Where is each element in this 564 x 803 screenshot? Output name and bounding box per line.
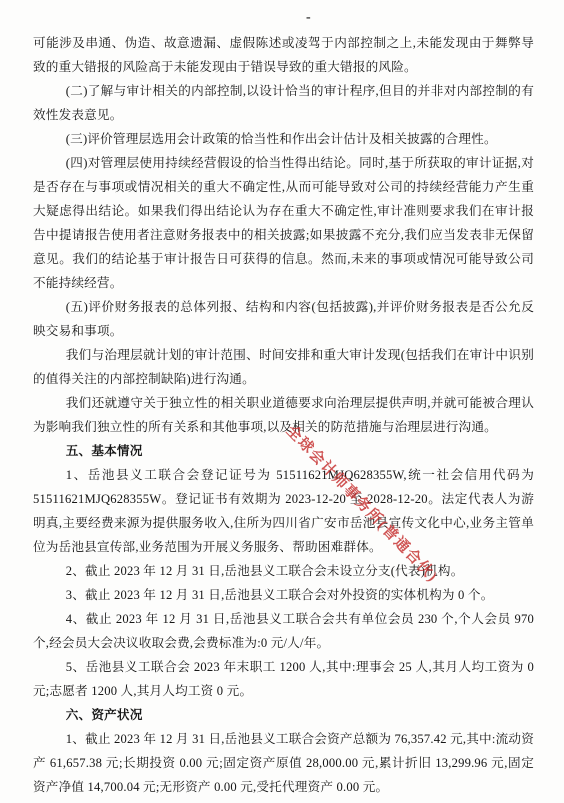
paragraph: 可能涉及串通、伪造、故意遗漏、虚假陈述或凌驾于内部控制之上,未能发现由于舞弊导致… bbox=[33, 31, 534, 79]
paragraph: 我们还就遵守关于独立性的相关职业道德要求向治理层提供声明,并就可能被合理认为影响… bbox=[33, 391, 534, 439]
document-page: - 可能涉及串通、伪造、故意遗漏、虚假陈述或凌驾于内部控制之上,未能发现由于舞弊… bbox=[0, 0, 564, 803]
paragraph: 4、截止 2023 年 12 月 31 日,岳池县义工联合会共有单位会员 230… bbox=[33, 607, 534, 655]
paragraph: 1、岳池县义工联合会登记证号为 51511621MJQ628355W,统一社会信… bbox=[33, 463, 534, 559]
document-body: 可能涉及串通、伪造、故意遗漏、虚假陈述或凌驾于内部控制之上,未能发现由于舞弊导致… bbox=[33, 31, 534, 799]
section-heading-basic-info: 五、基本情况 bbox=[33, 439, 534, 463]
paragraph: (三)评价管理层选用会计政策的恰当性和作出会计估计及相关披露的合理性。 bbox=[33, 127, 534, 151]
paragraph: 3、截止 2023 年 12 月 31 日,岳池县义工联合会对外投资的实体机构为… bbox=[33, 583, 534, 607]
page-artifact-dash: - bbox=[306, 10, 311, 26]
paragraph: 1、截止 2023 年 12 月 31 日,岳池县义工联合会资产总额为 76,3… bbox=[33, 727, 534, 799]
paragraph: 5、岳池县义工联合会 2023 年末职工 1200 人,其中:理事会 25 人,… bbox=[33, 655, 534, 703]
paragraph: (二)了解与审计相关的内部控制,以设计恰当的审计程序,但目的并非对内部控制的有效… bbox=[33, 79, 534, 127]
paragraph: (四)对管理层使用持续经营假设的恰当性得出结论。同时,基于所获取的审计证据,对是… bbox=[33, 151, 534, 295]
paragraph: 我们与治理层就计划的审计范围、时间安排和重大审计发现(包括我们在审计中识别的值得… bbox=[33, 343, 534, 391]
paragraph: (五)评价财务报表的总体列报、结构和内容(包括披露),并评价财务报表是否公允反映… bbox=[33, 295, 534, 343]
section-heading-assets: 六、资产状况 bbox=[33, 703, 534, 727]
paragraph: 2、截止 2023 年 12 月 31 日,岳池县义工联合会未设立分支(代表)机… bbox=[33, 559, 534, 583]
